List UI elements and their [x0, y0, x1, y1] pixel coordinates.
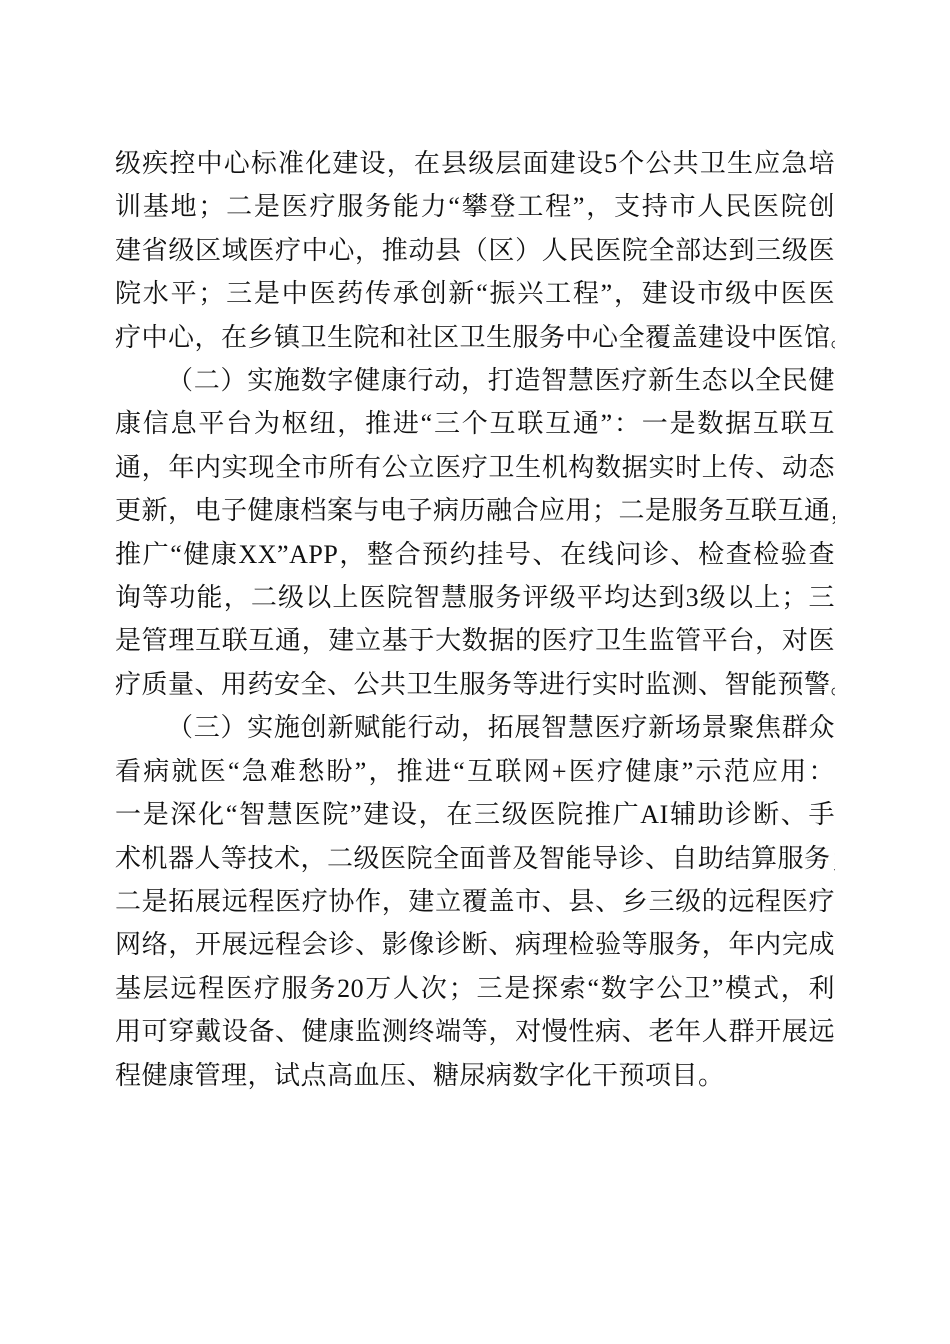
- text-line: 看病就医“急难愁盼”，推进“互联网+医疗健康”示范应用：: [115, 750, 835, 793]
- paragraph: 级疾控中心标准化建设，在县级层面建设5个公共卫生应急培训基地；二是医疗服务能力“…: [115, 142, 835, 359]
- text-line: 术机器人等技术，二级医院全面普及智能导诊、自助结算服务；: [115, 837, 835, 880]
- text-line: 基层远程医疗服务20万人次；三是探索“数字公卫”模式，利: [115, 967, 835, 1010]
- text-line: 一是深化“智慧医院”建设，在三级医院推广AI辅助诊断、手: [115, 793, 835, 836]
- text-line: 询等功能，二级以上医院智慧服务评级平均达到3级以上；三: [115, 576, 835, 619]
- text-line: 更新，电子健康档案与电子病历融合应用；二是服务互联互通，: [115, 489, 835, 532]
- text-line: 程健康管理，试点高血压、糖尿病数字化干预项目。: [115, 1054, 835, 1097]
- text-line: 建省级区域医疗中心，推动县（区）人民医院全部达到三级医: [115, 229, 835, 272]
- text-line: 疗中心，在乡镇卫生院和社区卫生服务中心全覆盖建设中医馆。: [115, 316, 835, 359]
- text-line: 是管理互联互通，建立基于大数据的医疗卫生监管平台，对医: [115, 619, 835, 662]
- text-line: 二是拓展远程医疗协作，建立覆盖市、县、乡三级的远程医疗: [115, 880, 835, 923]
- text-block: 级疾控中心标准化建设，在县级层面建设5个公共卫生应急培训基地；二是医疗服务能力“…: [115, 142, 835, 1097]
- text-line: 通，年内实现全市所有公立医疗卫生机构数据实时上传、动态: [115, 446, 835, 489]
- paragraph: （三）实施创新赋能行动，拓展智慧医疗新场景聚焦群众看病就医“急难愁盼”，推进“互…: [115, 706, 835, 1097]
- text-line: 推广“健康XX”APP，整合预约挂号、在线问诊、检查检验查: [115, 533, 835, 576]
- text-line: 康信息平台为枢纽，推进“三个互联互通”：一是数据互联互: [115, 402, 835, 445]
- text-line: 用可穿戴设备、健康监测终端等，对慢性病、老年人群开展远: [115, 1010, 835, 1053]
- text-line: 网络，开展远程会诊、影像诊断、病理检验等服务，年内完成: [115, 923, 835, 966]
- text-line: 训基地；二是医疗服务能力“攀登工程”，支持市人民医院创: [115, 185, 835, 228]
- paragraph: （二）实施数字健康行动，打造智慧医疗新生态以全民健康信息平台为枢纽，推进“三个互…: [115, 359, 835, 706]
- text-line: 级疾控中心标准化建设，在县级层面建设5个公共卫生应急培: [115, 142, 835, 185]
- text-line: 疗质量、用药安全、公共卫生服务等进行实时监测、智能预警。: [115, 663, 835, 706]
- text-line: （三）实施创新赋能行动，拓展智慧医疗新场景聚焦群众: [115, 706, 835, 749]
- text-line: 院水平；三是中医药传承创新“振兴工程”，建设市级中医医: [115, 272, 835, 315]
- text-line: （二）实施数字健康行动，打造智慧医疗新生态以全民健: [115, 359, 835, 402]
- document-page: 级疾控中心标准化建设，在县级层面建设5个公共卫生应急培训基地；二是医疗服务能力“…: [0, 0, 950, 1344]
